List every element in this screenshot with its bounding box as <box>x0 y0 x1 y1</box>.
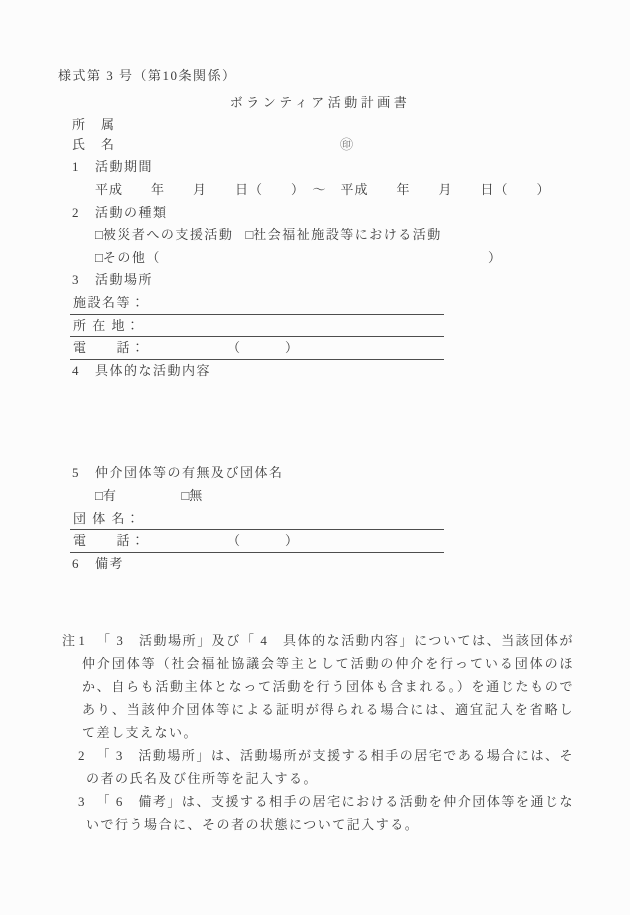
note-2-marker: 2 <box>78 748 85 763</box>
note-1: 注 1「 3 活動場所」及び「 4 具体的な活動内容」については、当該団体が仲介… <box>62 629 574 744</box>
section-5-heading: 5仲介団体等の有無及び団体名 <box>72 462 582 485</box>
group-name-fill-line: 団 体 名： <box>70 508 444 531</box>
page-title: ボランティア活動計画書 <box>58 92 582 115</box>
intermediary-options-row: □有□無 <box>95 485 582 508</box>
section-4-label: 具体的な活動内容 <box>95 363 211 378</box>
section-1-heading: 1活動期間 <box>72 156 582 179</box>
notes-block: 注 1「 3 活動場所」及び「 4 具体的な活動内容」については、当該団体が仲介… <box>62 629 574 836</box>
note-3-text: 「 6 備考」は、支援する相手の居宅における活動を仲介団体等を通じないで行う場合… <box>86 794 574 832</box>
activity-type-other-row: □その他（ ） <box>95 247 582 270</box>
section-6-heading: 6備考 <box>72 553 582 576</box>
form-number: 様式第 3 号（第10条関係） <box>58 65 582 88</box>
other-close-paren: ） <box>488 247 503 270</box>
note-1-marker: 注 1 <box>62 633 85 648</box>
section-1-number: 1 <box>72 156 95 179</box>
checkbox-yes-label: 有 <box>103 488 118 503</box>
address-label: 所 在 地： <box>73 318 141 333</box>
section-5-label: 仲介団体等の有無及び団体名 <box>95 465 284 480</box>
section-3-heading: 3活動場所 <box>72 269 582 292</box>
note-2: 2「 3 活動場所」は、活動場所が支援する相手の居宅である場合には、その者の氏名… <box>78 744 574 790</box>
group-phone-area-code-parens: （ ） <box>234 533 300 548</box>
checkbox-disaster-support-label: 被災者への支援活動 <box>103 227 234 242</box>
checkbox-yes-icon: □ <box>95 488 103 503</box>
name-label: 氏 名 <box>72 137 116 152</box>
note-3: 3「 6 備考」は、支援する相手の居宅における活動を仲介団体等を通じないで行う場… <box>78 790 574 836</box>
section-2-number: 2 <box>72 202 95 225</box>
affiliation-label: 所 属 <box>72 117 116 132</box>
volunteer-activity-plan-document: 様式第 3 号（第10条関係） ボランティア活動計画書 所 属 氏 名 ㊞ 1活… <box>0 0 630 915</box>
section-6-number: 6 <box>72 553 95 576</box>
activity-type-options-row: □被災者への支援活動□社会福祉施設等における活動 <box>95 224 582 247</box>
section-4-number: 4 <box>72 360 95 383</box>
checkbox-welfare-facility-label: 社会福祉施設等における活動 <box>253 227 442 242</box>
note-2-text: 「 3 活動場所」は、活動場所が支援する相手の居宅である場合には、その者の氏名及… <box>86 748 574 786</box>
note-1-text: 「 3 活動場所」及び「 4 具体的な活動内容」については、当該団体が仲介団体等… <box>82 633 574 740</box>
facility-name-fill-line: 施設名等： <box>70 292 444 315</box>
address-fill-line: 所 在 地： <box>70 315 444 338</box>
activity-detail-blank-area <box>58 382 582 462</box>
checkbox-disaster-support-icon: □ <box>95 227 103 242</box>
section-6-label: 備考 <box>95 556 124 571</box>
facility-name-label: 施設名等： <box>73 295 146 310</box>
checkbox-other-label: その他（ <box>103 250 161 265</box>
name-row: 氏 名 ㊞ <box>72 134 582 157</box>
activity-period-fill-line: 平成 年 月 日（ ） ～ 平成 年 月 日（ ） <box>95 179 582 202</box>
note-3-marker: 3 <box>78 794 85 809</box>
document-content: 様式第 3 号（第10条関係） ボランティア活動計画書 所 属 氏 名 ㊞ 1活… <box>58 65 582 836</box>
group-phone-fill-line: 電 話：（ ） <box>70 530 444 553</box>
phone-fill-line: 電 話：（ ） <box>70 337 444 360</box>
checkbox-no-label: 無 <box>189 488 204 503</box>
group-name-label: 団 体 名： <box>73 511 141 526</box>
section-4-heading: 4具体的な活動内容 <box>72 360 582 383</box>
section-1-label: 活動期間 <box>95 159 153 174</box>
remarks-blank-area <box>58 575 582 629</box>
phone-area-code-parens: （ ） <box>234 340 300 355</box>
section-2-heading: 2活動の種類 <box>72 202 582 225</box>
phone-label: 電 話： <box>73 340 146 355</box>
section-3-label: 活動場所 <box>95 272 153 287</box>
seal-mark-icon: ㊞ <box>340 134 353 157</box>
section-3-number: 3 <box>72 269 95 292</box>
section-5-number: 5 <box>72 462 95 485</box>
group-phone-label: 電 話： <box>73 533 146 548</box>
section-2-label: 活動の種類 <box>95 205 168 220</box>
checkbox-other-icon: □ <box>95 250 103 265</box>
